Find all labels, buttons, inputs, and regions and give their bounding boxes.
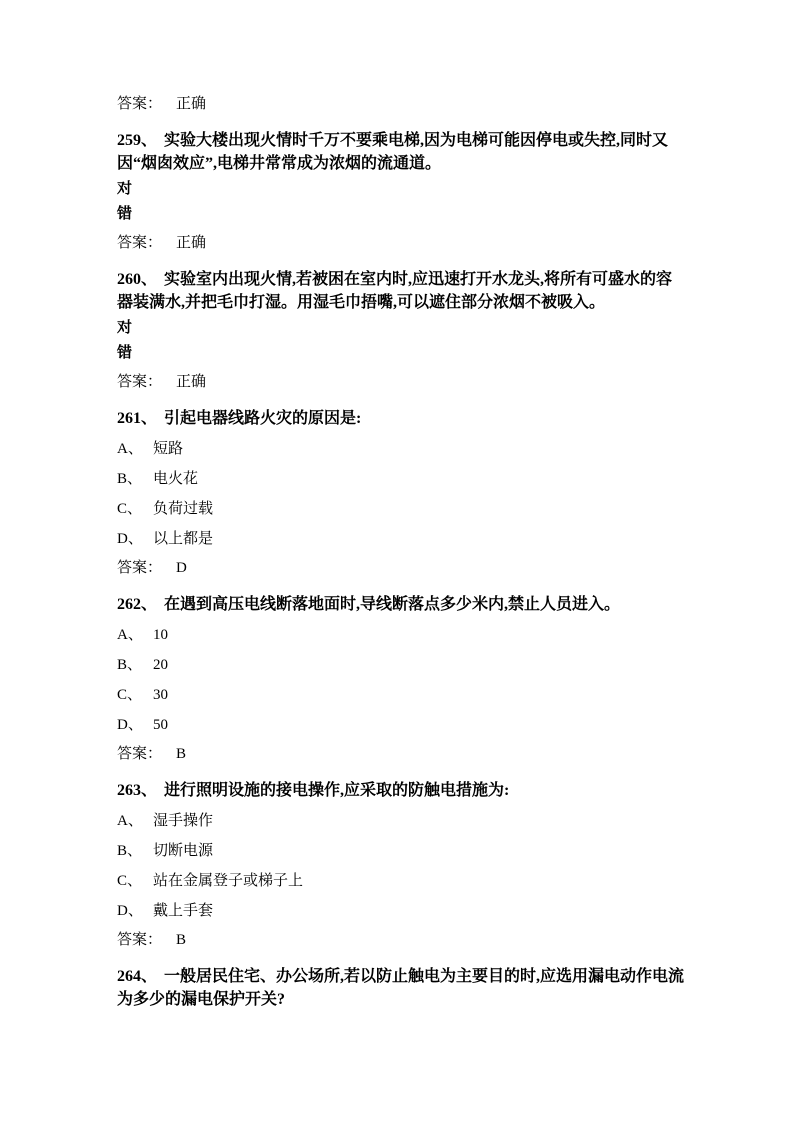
option-text: 电火花 <box>153 471 198 487</box>
option-row-c: C、站在金属登子或梯子上 <box>117 871 693 892</box>
answer-line: 答案：D <box>117 557 693 579</box>
tf-option-false: 错 <box>117 343 693 364</box>
option-text: 站在金属登子或梯子上 <box>153 873 303 889</box>
question-text-260: 260、实验室内出现火情,若被困在室内时,应迅速打开水龙头,将所有可盛水的容器装… <box>117 268 685 314</box>
question-number: 259、 <box>117 132 157 149</box>
answer-value: B <box>176 929 186 951</box>
question-text-263: 263、进行照明设施的接电操作,应采取的防触电措施为: <box>117 779 685 802</box>
option-letter: A、 <box>117 439 153 460</box>
option-letter: A、 <box>117 625 153 646</box>
option-text: 10 <box>153 627 168 643</box>
question-number: 262、 <box>117 596 157 613</box>
question-number: 264、 <box>117 968 157 985</box>
option-letter: C、 <box>117 685 153 706</box>
option-letter: B、 <box>117 469 153 490</box>
option-row-c: C、30 <box>117 685 693 706</box>
option-text: 湿手操作 <box>153 813 213 829</box>
question-body: 实验大楼出现火情时千万不要乘电梯,因为电梯可能因停电或失控,同时又因“烟囱效应”… <box>117 132 668 172</box>
option-letter: A、 <box>117 811 153 832</box>
tf-option-true: 对 <box>117 318 693 339</box>
option-text: 20 <box>153 657 168 673</box>
option-row-a: A、湿手操作 <box>117 811 693 832</box>
answer-value: 正确 <box>176 371 206 393</box>
option-text: 戴上手套 <box>153 903 213 919</box>
question-number: 260、 <box>117 271 157 288</box>
option-text: 以上都是 <box>153 531 213 547</box>
option-letter: D、 <box>117 901 153 922</box>
answer-line: 答案：B <box>117 929 693 951</box>
question-text-259: 259、实验大楼出现火情时千万不要乘电梯,因为电梯可能因停电或失控,同时又因“烟… <box>117 129 685 175</box>
question-number: 263、 <box>117 782 157 799</box>
option-row-b: B、切断电源 <box>117 841 693 862</box>
answer-label: 答案： <box>117 560 162 576</box>
option-text: 50 <box>153 717 168 733</box>
answer-value: 正确 <box>176 93 206 115</box>
option-row-b: B、电火花 <box>117 469 693 490</box>
answer-label: 答案： <box>117 235 162 251</box>
option-letter: D、 <box>117 529 153 550</box>
question-body: 进行照明设施的接电操作,应采取的防触电措施为: <box>164 782 509 799</box>
document-page: 答案：正确 259、实验大楼出现火情时千万不要乘电梯,因为电梯可能因停电或失控,… <box>0 0 793 1122</box>
answer-label: 答案： <box>117 746 162 762</box>
tf-option-true: 对 <box>117 179 693 200</box>
option-row-a: A、短路 <box>117 439 693 460</box>
option-text: 负荷过载 <box>153 501 213 517</box>
option-text: 30 <box>153 687 168 703</box>
answer-label: 答案： <box>117 932 162 948</box>
question-body: 在遇到高压电线断落地面时,导线断落点多少米内,禁止人员进入。 <box>164 596 620 613</box>
answer-line: 答案：正确 <box>117 232 693 254</box>
option-text: 切断电源 <box>153 843 213 859</box>
question-body: 实验室内出现火情,若被困在室内时,应迅速打开水龙头,将所有可盛水的容器装满水,并… <box>117 271 672 311</box>
option-row-d: D、戴上手套 <box>117 901 693 922</box>
option-row-d: D、以上都是 <box>117 529 693 550</box>
option-letter: C、 <box>117 871 153 892</box>
option-letter: C、 <box>117 499 153 520</box>
question-number: 261、 <box>117 410 157 427</box>
option-letter: D、 <box>117 715 153 736</box>
option-row-c: C、负荷过载 <box>117 499 693 520</box>
answer-label: 答案： <box>117 374 162 390</box>
option-row-a: A、10 <box>117 625 693 646</box>
option-letter: B、 <box>117 655 153 676</box>
answer-label: 答案： <box>117 96 162 112</box>
question-body: 一般居民住宅、办公场所,若以防止触电为主要目的时,应选用漏电动作电流为多少的漏电… <box>117 968 684 1008</box>
question-body: 引起电器线路火灾的原因是: <box>164 410 361 427</box>
question-text-264: 264、一般居民住宅、办公场所,若以防止触电为主要目的时,应选用漏电动作电流为多… <box>117 965 685 1011</box>
answer-value: B <box>176 743 186 765</box>
answer-line: 答案：B <box>117 743 693 765</box>
answer-line: 答案：正确 <box>117 93 693 115</box>
answer-value: D <box>176 557 187 579</box>
question-text-261: 261、引起电器线路火灾的原因是: <box>117 407 685 430</box>
option-text: 短路 <box>153 441 183 457</box>
tf-option-false: 错 <box>117 204 693 225</box>
answer-value: 正确 <box>176 232 206 254</box>
option-row-b: B、20 <box>117 655 693 676</box>
question-text-262: 262、在遇到高压电线断落地面时,导线断落点多少米内,禁止人员进入。 <box>117 593 685 616</box>
option-row-d: D、50 <box>117 715 693 736</box>
answer-line: 答案：正确 <box>117 371 693 393</box>
option-letter: B、 <box>117 841 153 862</box>
